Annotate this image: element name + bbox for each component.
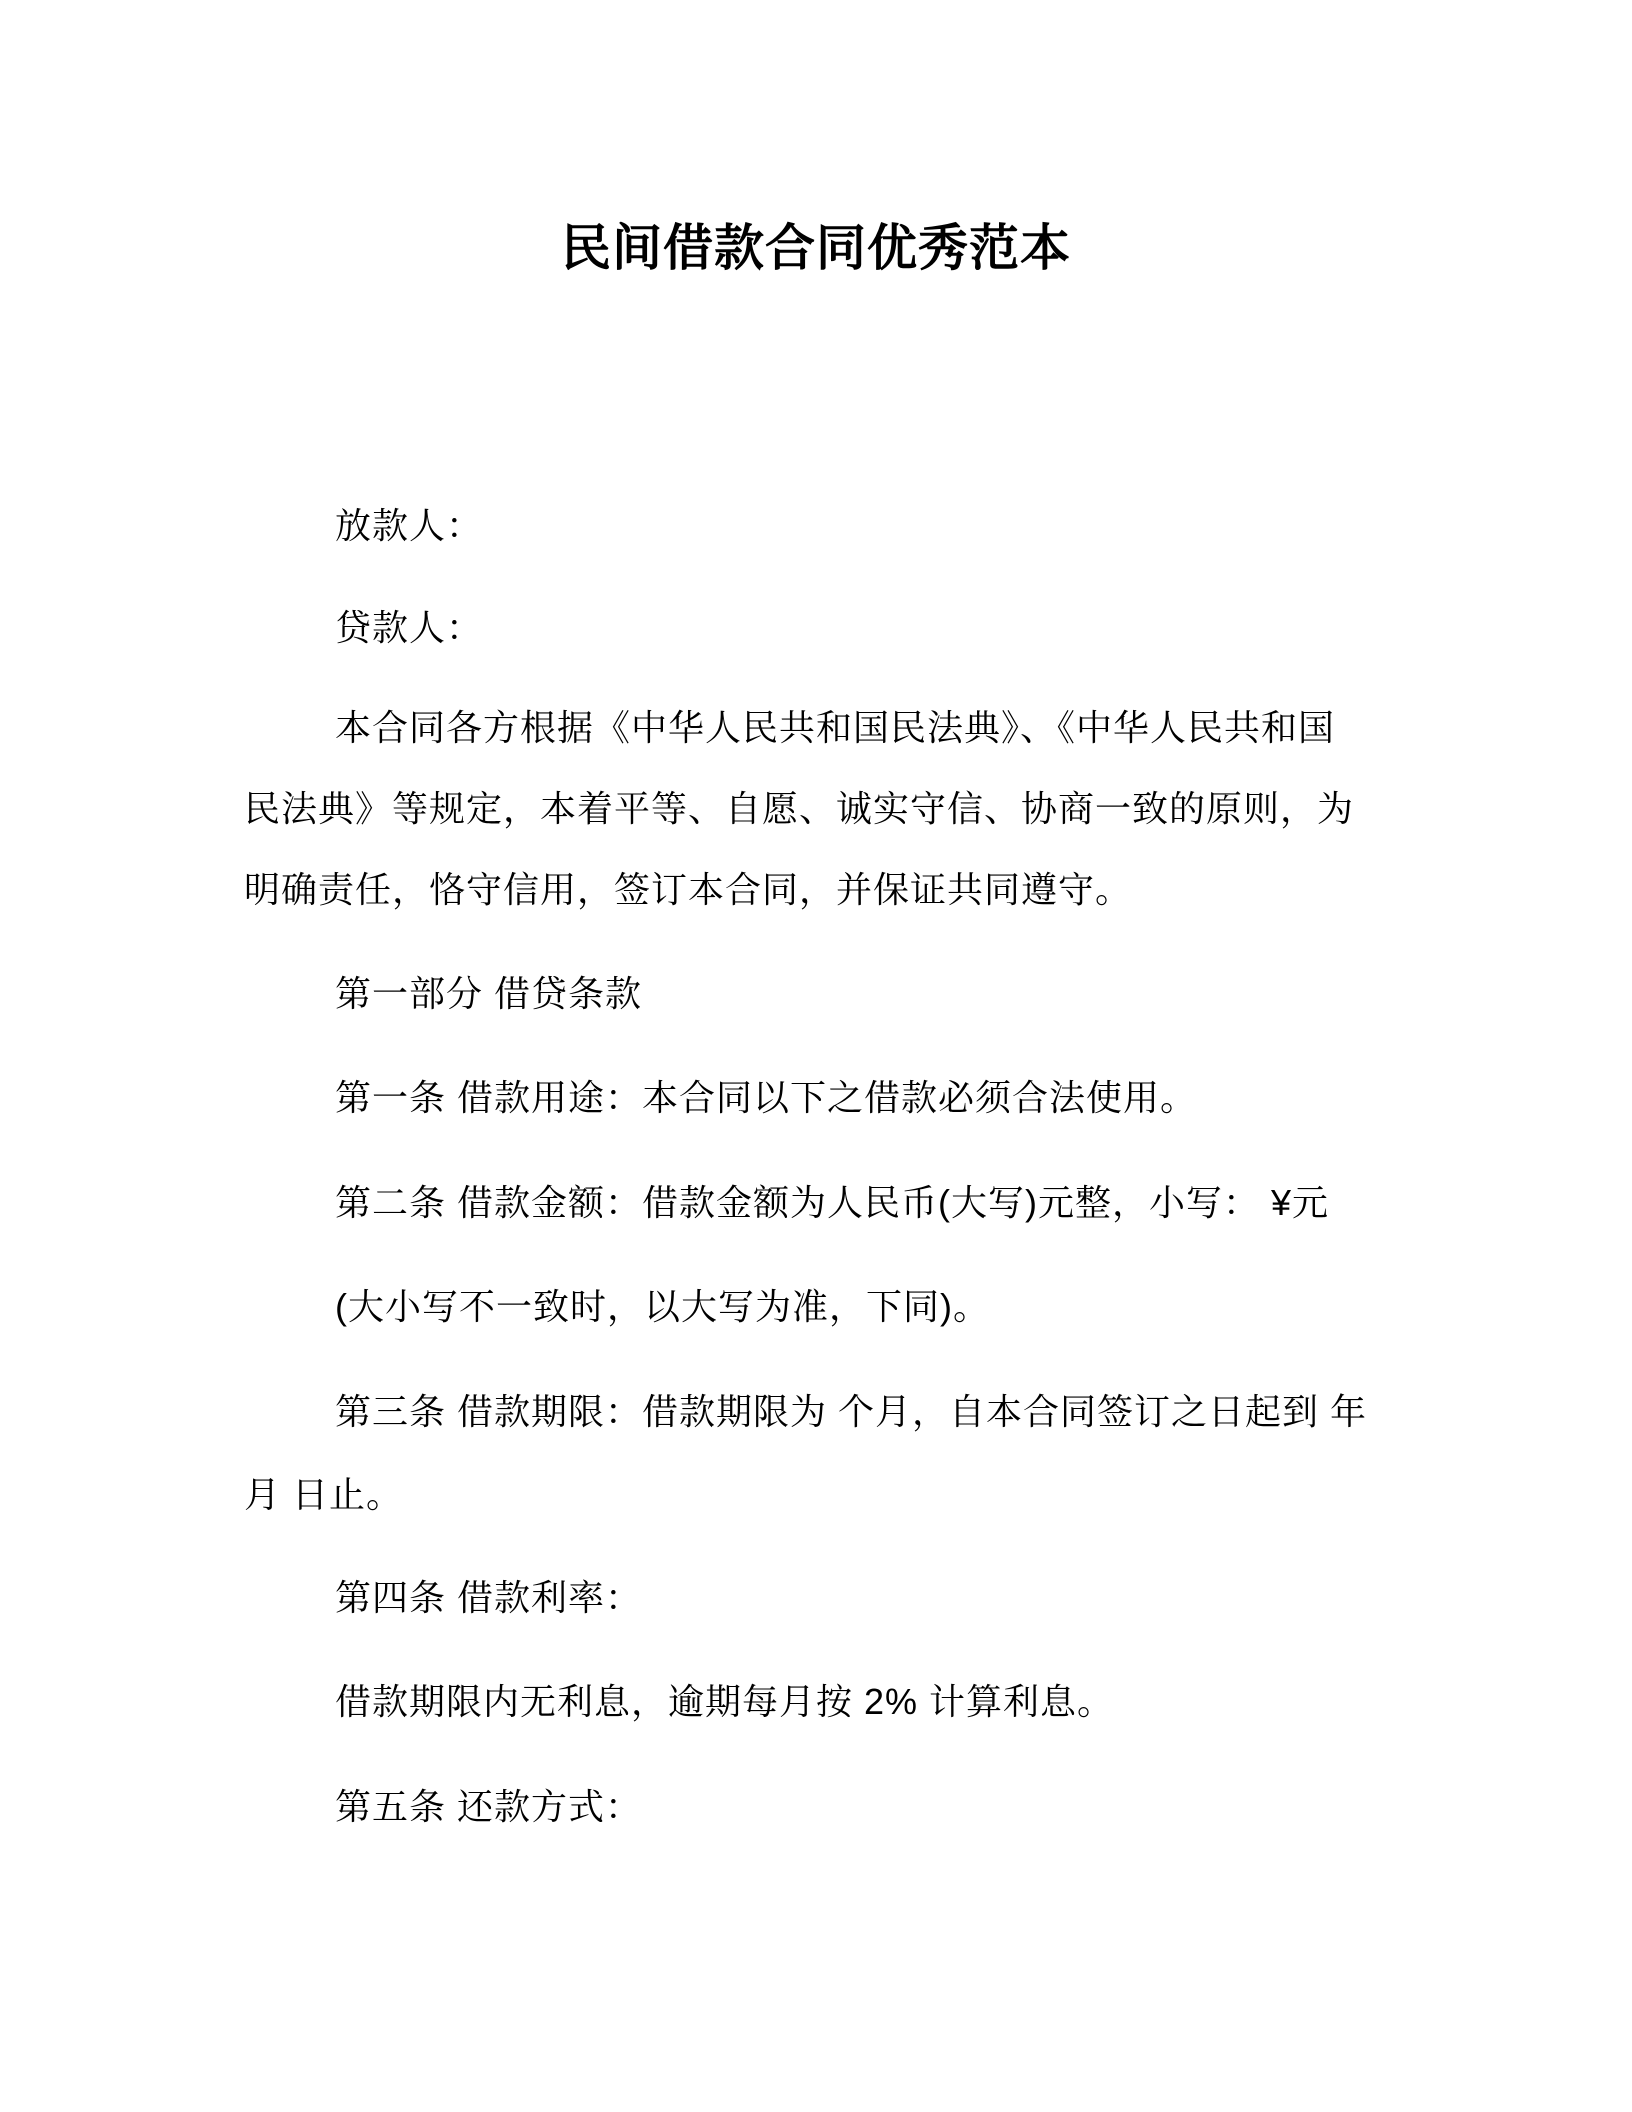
document-page: 民间借款合同优秀范本 放款人：贷款人：本合同各方根据《中华人民共和国民法典》、《… bbox=[0, 0, 1632, 2112]
document-line: 放款人： bbox=[335, 504, 483, 547]
document-line: (大小写不一致时，以大写为准，下同)。 bbox=[335, 1285, 990, 1328]
document-line: 第五条 还款方式： bbox=[335, 1785, 642, 1828]
document-line: 本合同各方根据《中华人民共和国民法典》、《中华人民共和国 bbox=[335, 706, 1335, 749]
document-line: 第四条 借款利率： bbox=[335, 1576, 642, 1619]
document-line: 第一条 借款用途：本合同以下之借款必须合法使用。 bbox=[335, 1076, 1197, 1119]
document-line: 第三条 借款期限：借款期限为 个月，自本合同签订之日起到 年 bbox=[335, 1390, 1367, 1433]
document-line: 民法典》等规定，本着平等、自愿、诚实守信、协商一致的原则，为 bbox=[244, 787, 1354, 830]
document-title: 民间借款合同优秀范本 bbox=[0, 218, 1632, 278]
document-line: 第一部分 借贷条款 bbox=[335, 972, 642, 1015]
document-line: 借款期限内无利息，逾期每月按 2% 计算利息。 bbox=[335, 1680, 1114, 1723]
document-line: 明确责任，恪守信用，签订本合同，并保证共同遵守。 bbox=[244, 868, 1132, 911]
document-line: 贷款人： bbox=[335, 606, 483, 649]
document-line: 月 日止。 bbox=[244, 1473, 403, 1516]
document-line: 第二条 借款金额：借款金额为人民币(大写)元整，小写： ¥元 bbox=[335, 1181, 1329, 1224]
